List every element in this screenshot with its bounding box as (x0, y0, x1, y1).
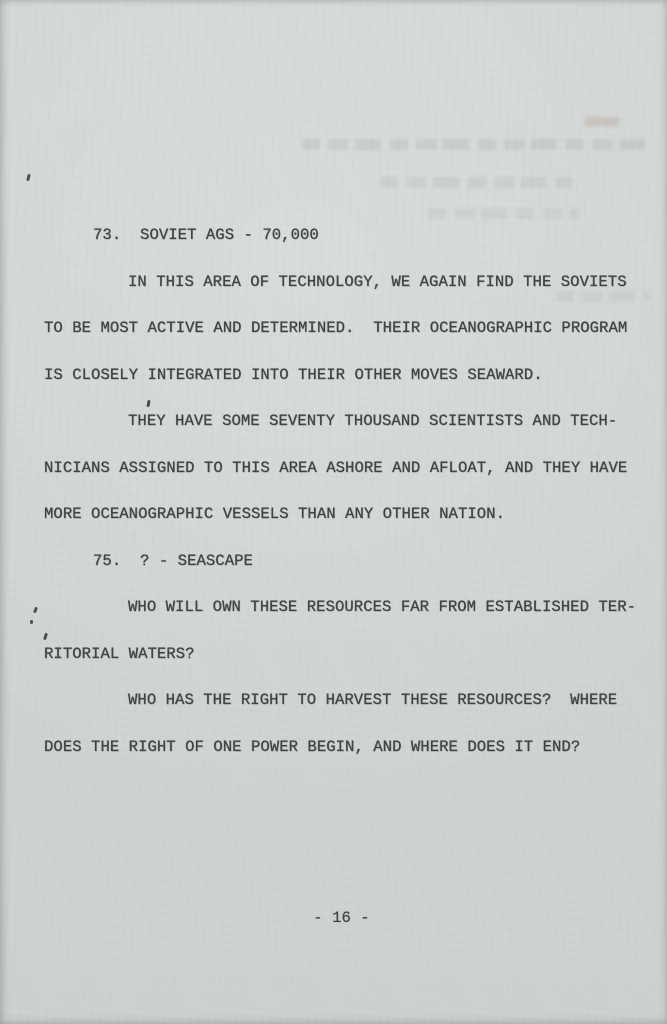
section-heading: 75. ? - SEASCAPE (44, 538, 644, 585)
showthrough-ghost-line (380, 177, 572, 188)
showthrough-ghost-line (302, 139, 654, 150)
paragraph-line: IS CLOSELY INTEGRATED INTO THEIR OTHER M… (44, 352, 644, 399)
ink-speck (26, 174, 31, 182)
paragraph-line: NICIANS ASSIGNED TO THIS AREA ASHORE AND… (44, 445, 644, 492)
paper-smudge (584, 117, 620, 126)
paragraph-line: MORE OCEANOGRAPHIC VESSELS THAN ANY OTHE… (44, 491, 644, 538)
section-heading: 73. SOVIET AGS - 70,000 (44, 212, 644, 259)
scanned-document-page: 73. SOVIET AGS - 70,000 IN THIS AREA OF … (0, 0, 667, 1024)
ink-speck (33, 607, 38, 614)
paragraph-line: RITORIAL WATERS? (44, 631, 644, 678)
paragraph-line: THEY HAVE SOME SEVENTY THOUSAND SCIENTIS… (44, 398, 644, 445)
page-number: - 16 - (8, 903, 667, 933)
paragraph-line: WHO HAS THE RIGHT TO HARVEST THESE RESOU… (44, 677, 644, 724)
page-body: 73. SOVIET AGS - 70,000 IN THIS AREA OF … (44, 212, 644, 770)
ink-speck (30, 620, 33, 624)
paragraph-line: DOES THE RIGHT OF ONE POWER BEGIN, AND W… (44, 724, 644, 771)
paragraph-line: TO BE MOST ACTIVE AND DETERMINED. THEIR … (44, 305, 644, 352)
paragraph-line: WHO WILL OWN THESE RESOURCES FAR FROM ES… (44, 584, 644, 631)
paragraph-line: IN THIS AREA OF TECHNOLOGY, WE AGAIN FIN… (44, 259, 644, 306)
